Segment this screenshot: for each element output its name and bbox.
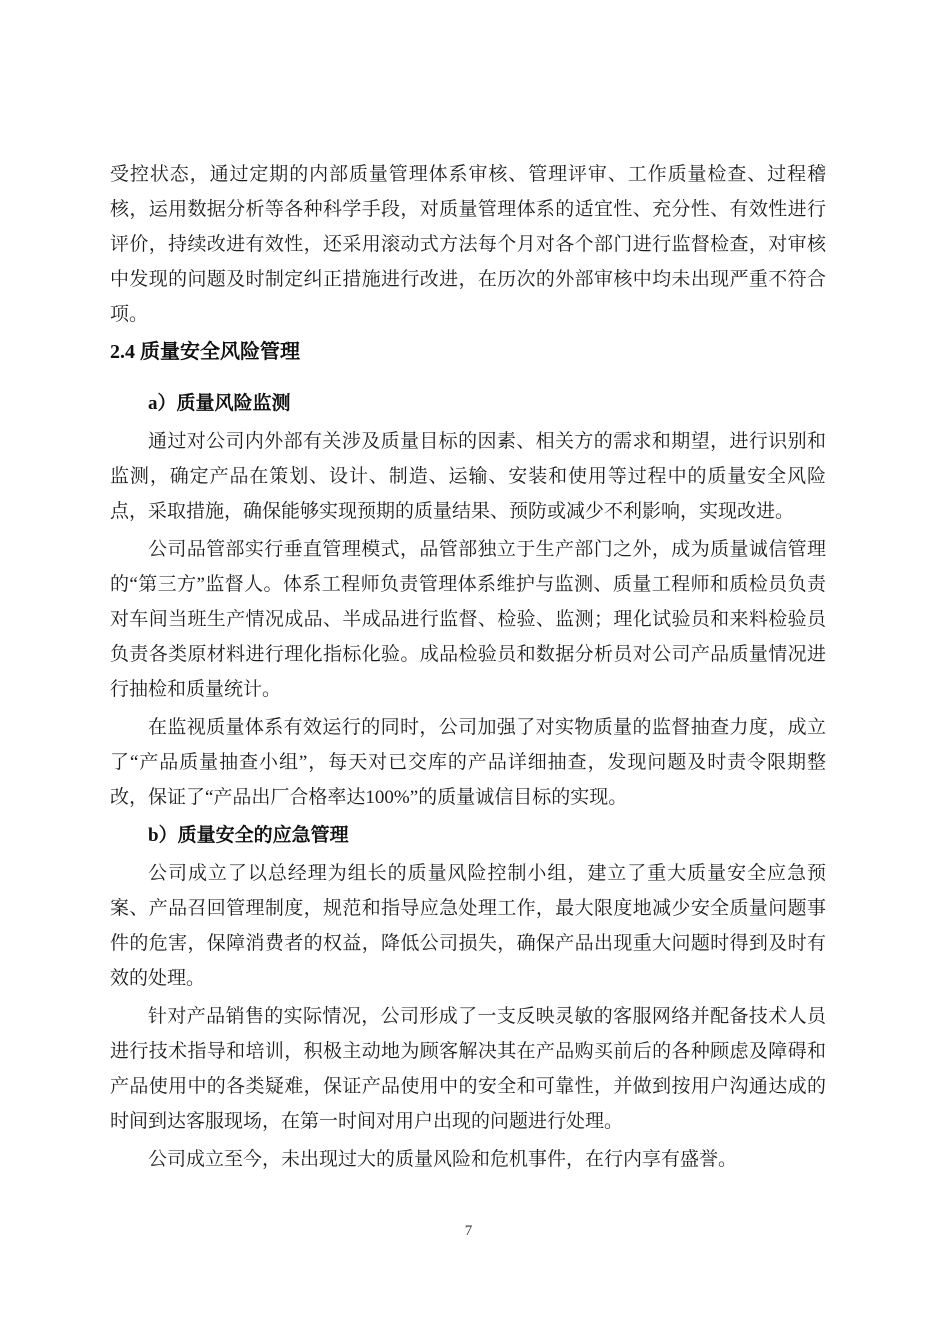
document-body: 受控状态，通过定期的内部质量管理体系审核、管理评审、工作质量检查、过程稽核，运用… <box>110 157 826 1180</box>
document-page: 受控状态，通过定期的内部质量管理体系审核、管理评审、工作质量检查、过程稽核，运用… <box>0 0 937 1325</box>
subsection-a-heading: a）质量风险监测 <box>110 386 826 421</box>
subsection-b-paragraph-1: 公司成立了以总经理为组长的质量风险控制小组，建立了重大质量安全应急预案、产品召回… <box>110 856 826 996</box>
page-number: 7 <box>0 1220 937 1242</box>
subsection-b-heading: b）质量安全的应急管理 <box>110 818 826 853</box>
subsection-a-paragraph-1: 通过对公司内外部有关涉及质量目标的因素、相关方的需求和期望，进行识别和监测，确定… <box>110 424 826 529</box>
subsection-b-paragraph-3: 公司成立至今，未出现过大的质量风险和危机事件，在行内享有盛誉。 <box>110 1142 826 1177</box>
intro-paragraph: 受控状态，通过定期的内部质量管理体系审核、管理评审、工作质量检查、过程稽核，运用… <box>110 157 826 332</box>
subsection-b-paragraph-2: 针对产品销售的实际情况，公司形成了一支反映灵敏的客服网络并配备技术人员进行技术指… <box>110 999 826 1139</box>
subsection-a-paragraph-2: 公司品管部实行垂直管理模式，品管部独立于生产部门之外，成为质量诚信管理的“第三方… <box>110 532 826 707</box>
subsection-a-paragraph-3: 在监视质量体系有效运行的同时，公司加强了对实物质量的监督抽查力度，成立了“产品质… <box>110 710 826 815</box>
section-heading-2-4: 2.4 质量安全风险管理 <box>110 335 826 370</box>
